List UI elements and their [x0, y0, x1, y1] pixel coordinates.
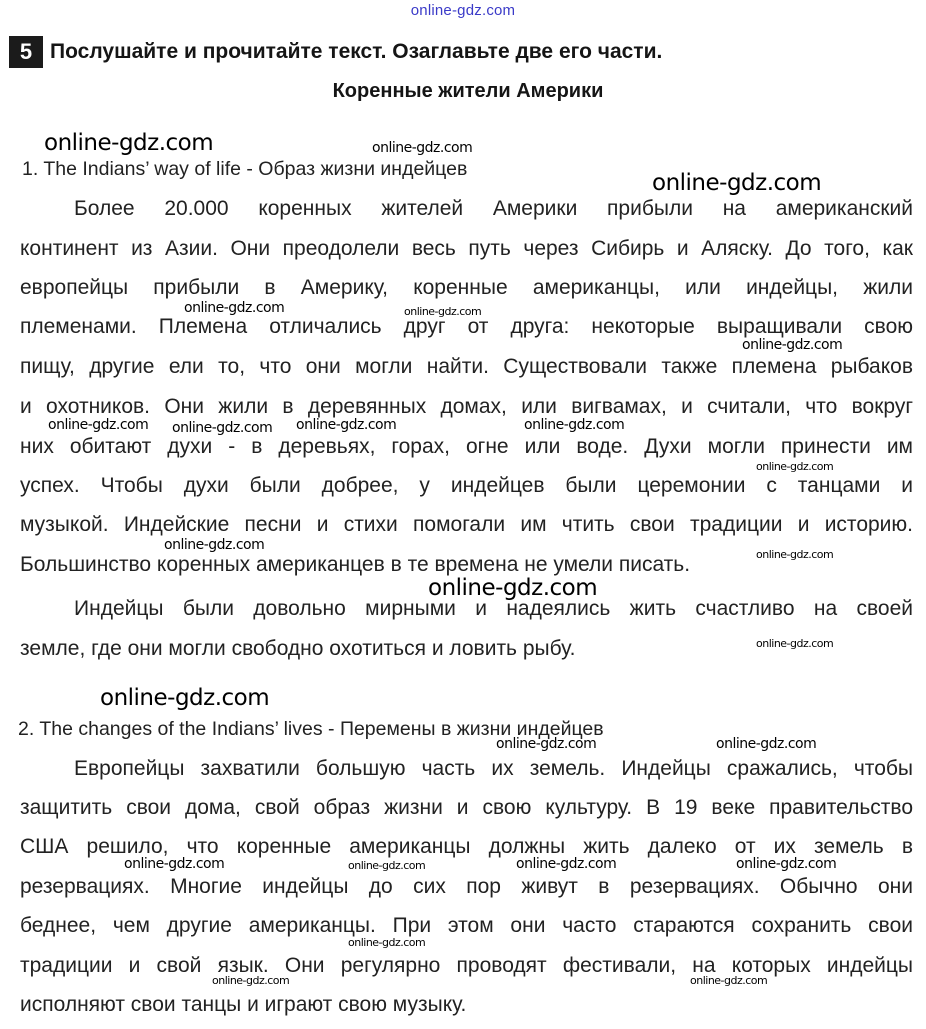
watermark: online-gdz.com — [756, 637, 833, 650]
watermark: online-gdz.com — [100, 685, 269, 711]
paragraph-line: них обитают духи - в деревьях, горах, ог… — [20, 432, 913, 462]
watermark: online-gdz.com — [372, 140, 472, 156]
watermark: online-gdz.com — [756, 548, 833, 561]
exercise-number-badge: 5 — [9, 36, 43, 68]
watermark: online-gdz.com — [48, 417, 148, 433]
watermark: online-gdz.com — [742, 337, 842, 353]
watermark: online-gdz.com — [172, 420, 272, 436]
exercise-instruction: Послушайте и прочитайте текст. Озаглавьт… — [50, 36, 662, 68]
watermark: online-gdz.com — [404, 305, 481, 318]
watermark: online-gdz.com — [124, 856, 224, 872]
section-1-heading: 1. The Indians’ way of life - Образ жизн… — [22, 156, 467, 182]
paragraph-line: континент из Азии. Они преодолели весь п… — [20, 234, 913, 264]
paragraph-line: традиции и свой язык. Они регулярно пров… — [20, 951, 913, 981]
watermark: online-gdz.com — [296, 417, 396, 433]
paragraph-line: защитить свои дома, свой образ жизни и с… — [20, 793, 913, 823]
watermark: online-gdz.com — [348, 859, 425, 872]
watermark: online-gdz.com — [756, 460, 833, 473]
watermark: online-gdz.com — [496, 736, 596, 752]
paragraph-line: Европейцы захватили большую часть их зем… — [74, 754, 913, 784]
watermark: online-gdz.com — [428, 575, 597, 601]
paragraph-line: пищу, другие ели то, что они могли найти… — [20, 352, 913, 382]
watermark: online-gdz.com — [736, 856, 836, 872]
watermark: online-gdz.com — [212, 974, 289, 987]
watermark: online-gdz.com — [348, 936, 425, 949]
paragraph-line: успех. Чтобы духи были добрее, у индейце… — [20, 471, 913, 501]
watermark: online-gdz.com — [516, 856, 616, 872]
watermark: online-gdz.com — [690, 974, 767, 987]
top-watermark: online-gdz.com — [0, 2, 926, 19]
watermark: online-gdz.com — [524, 417, 624, 433]
watermark: online-gdz.com — [716, 736, 816, 752]
paragraph-line: резервациях. Многие индейцы до сих пор ж… — [20, 872, 913, 902]
paragraph-line: Более 20.000 коренных жителей Америки пр… — [74, 194, 913, 224]
watermark: online-gdz.com — [652, 170, 821, 196]
paragraph-line: беднее, чем другие американцы. При этом … — [20, 911, 913, 941]
paragraph-line: музыкой. Индейские песни и стихи помогал… — [20, 510, 913, 540]
paragraph-line: и охотников. Они жили в деревянных домах… — [20, 392, 913, 422]
paragraph-line: европейцы прибыли в Америку, коренные ам… — [20, 273, 913, 303]
text-title: Коренные жители Америки — [0, 76, 926, 106]
paragraph-line: исполняют свои танцы и играют свою музык… — [20, 990, 913, 1020]
watermark: online-gdz.com — [184, 300, 284, 316]
watermark: online-gdz.com — [164, 537, 264, 553]
watermark: online-gdz.com — [44, 130, 213, 156]
